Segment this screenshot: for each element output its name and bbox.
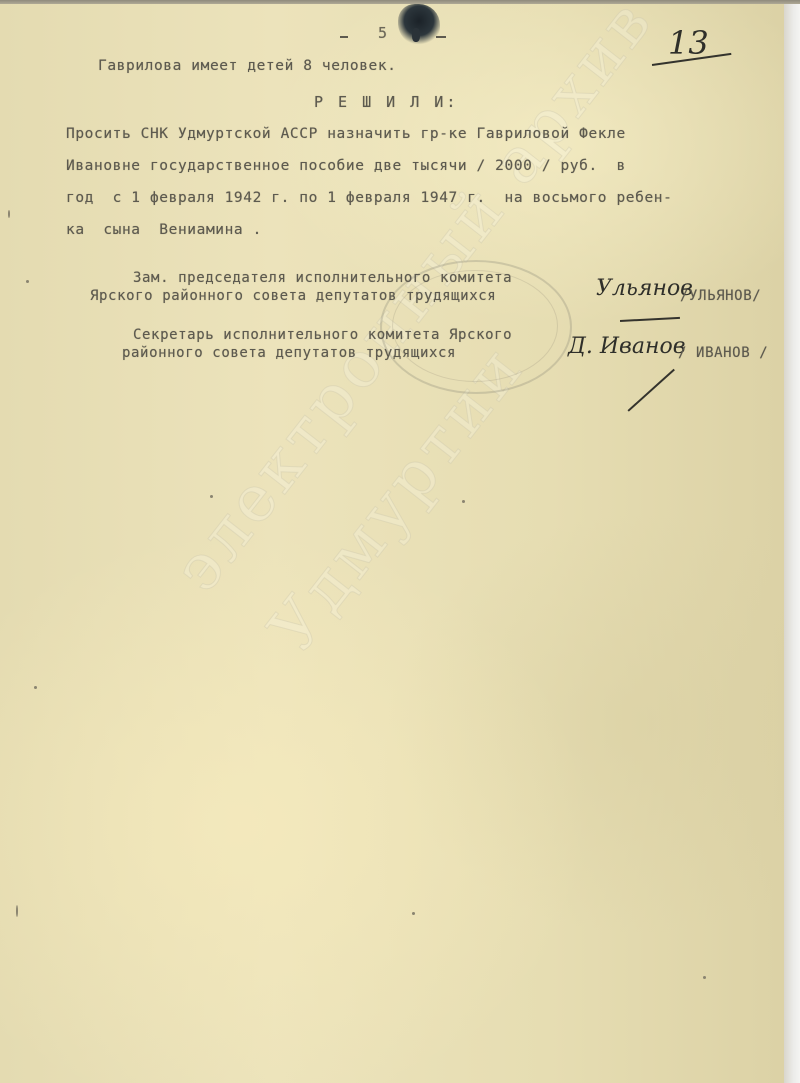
scan-right-margin (784, 4, 800, 1083)
margin-mark (16, 905, 18, 917)
paper-speck (210, 495, 213, 498)
ink-blot-drip (412, 28, 420, 42)
intro-line: Гаврилова имеет детей 8 человек. (98, 58, 397, 74)
signatory-2-title-line-2: районного совета депутатов трудящихся (122, 345, 456, 361)
paper-speck (34, 686, 37, 689)
body-line-1: Просить СНК Удмуртской АССР назначить гр… (66, 126, 626, 142)
body-line-2: Ивановне государственное пособие две тыс… (66, 158, 626, 174)
paper-speck (703, 976, 706, 979)
paper-speck (26, 280, 29, 283)
official-stamp-inner-ring (392, 270, 558, 382)
signatory-1-handwritten-signature: Ульянов (596, 276, 693, 301)
resolution-heading: Р Е Ш И Л И: (314, 93, 458, 111)
signatory-1-title-line-1: Зам. председателя исполнительного комите… (133, 270, 512, 286)
paper-speck (462, 500, 465, 503)
margin-mark (8, 210, 10, 218)
body-line-3: год с 1 февраля 1942 г. по 1 февраля 194… (66, 190, 672, 206)
page-number: 5 (378, 24, 388, 42)
signatory-2-handwritten-signature: Д. Иванов (568, 334, 686, 359)
body-line-4: ка сына Вениамина . (66, 222, 262, 238)
signatory-1-title-line-2: Ярского районного совета депутатов трудя… (90, 288, 496, 304)
signatory-2-title-line-1: Секретарь исполнительного комитета Ярско… (133, 327, 512, 343)
page-number-dash-left (340, 36, 348, 38)
paper-speck (412, 912, 415, 915)
signatory-1-typed-name: /УЛЬЯНОВ/ (680, 288, 761, 304)
signatory-2-typed-name: / ИВАНОВ / (678, 345, 768, 361)
